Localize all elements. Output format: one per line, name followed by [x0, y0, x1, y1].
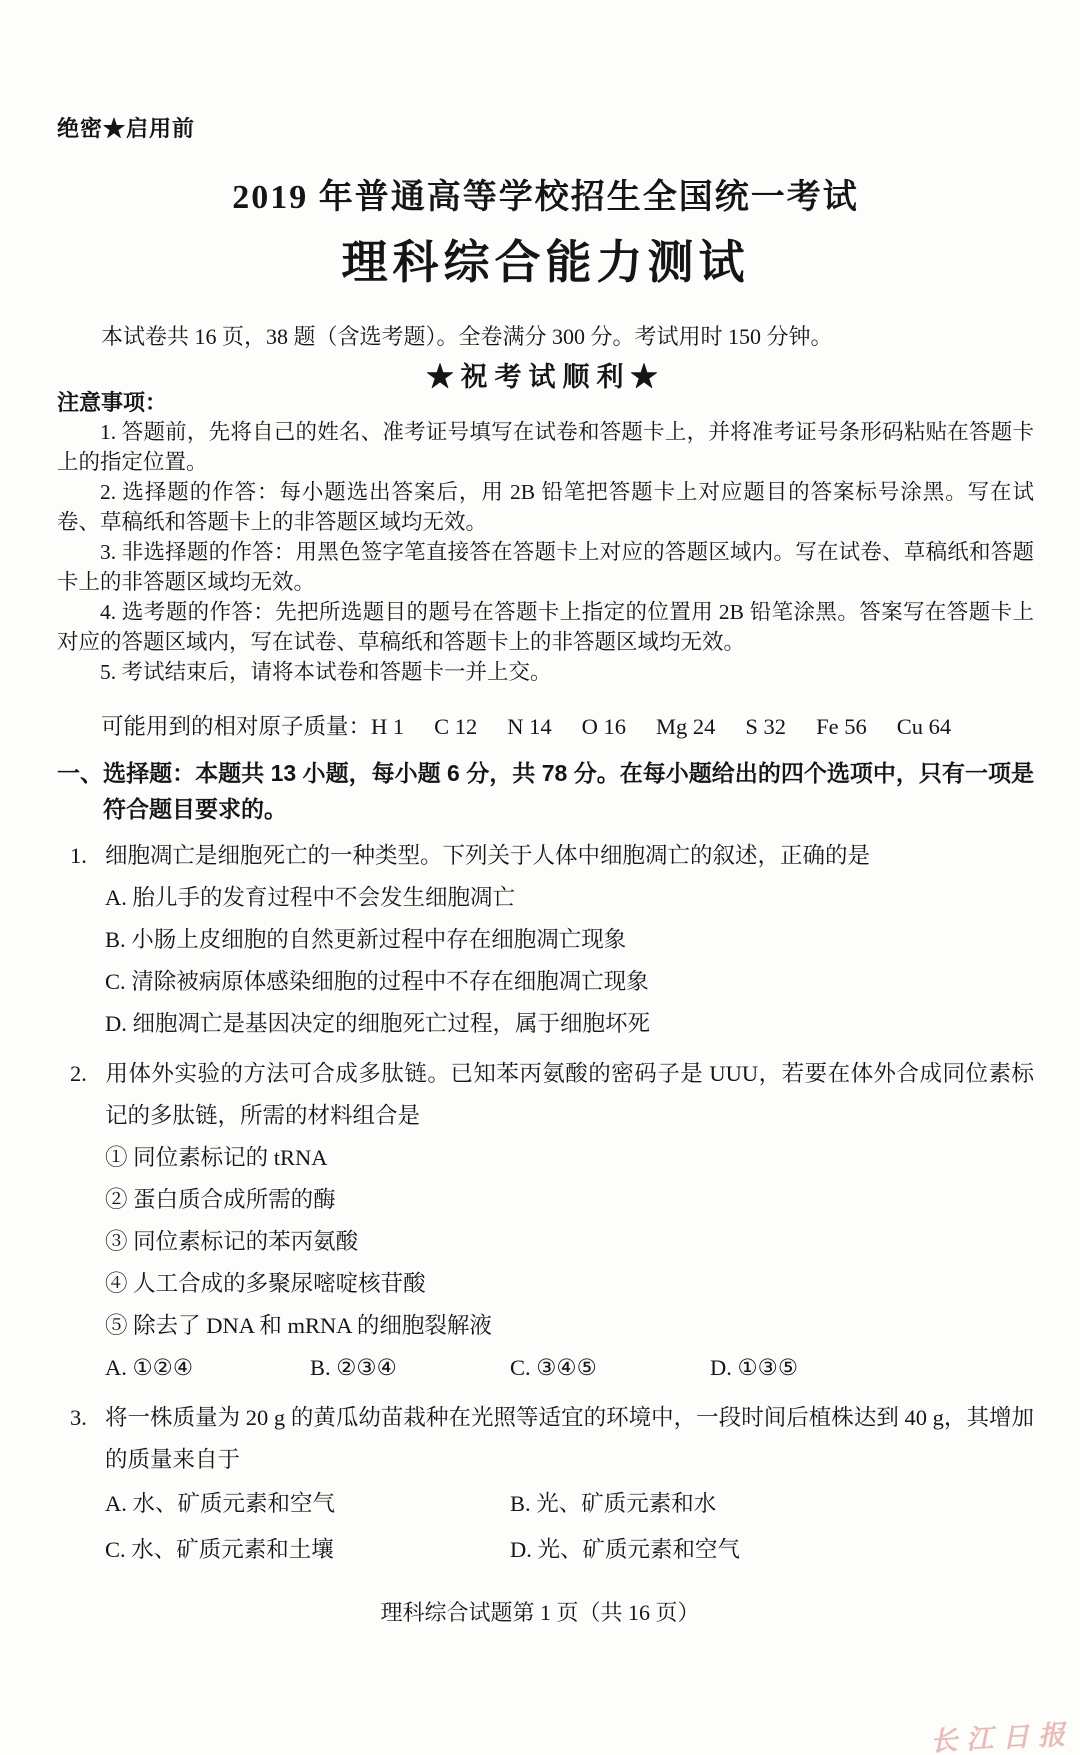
question-2-option-b: B. ②③④ — [310, 1347, 510, 1389]
notice-item-2: 2. 选择题的作答：每小题选出答案后，用 2B 铅笔把答题卡上对应题目的答案标号… — [57, 477, 1034, 537]
question-1-option-a: A. 胎儿手的发育过程中不会发生细胞凋亡 — [105, 877, 1034, 919]
question-2-material-2: ② 蛋白质合成所需的酶 — [105, 1179, 1034, 1221]
question-3-options: A. 水、矿质元素和空气 B. 光、矿质元素和水 C. 水、矿质元素和土壤 D.… — [105, 1481, 1034, 1573]
notice-item-5: 5. 考试结束后，请将本试卷和答题卡一并上交。 — [57, 657, 1034, 687]
question-2-materials: ① 同位素标记的 tRNA ② 蛋白质合成所需的酶 ③ 同位素标记的苯丙氨酸 ④… — [57, 1137, 1034, 1347]
atomic-mass-C: C 12 — [434, 714, 477, 739]
question-2-option-c: C. ③④⑤ — [510, 1347, 710, 1389]
atomic-mass-S: S 32 — [745, 714, 786, 739]
atomic-mass-N: N 14 — [507, 714, 551, 739]
question-2-stem: 2.用体外实验的方法可合成多肽链。已知苯丙氨酸的密码子是 UUU，若要在体外合成… — [57, 1053, 1034, 1137]
notice-item-1: 1. 答题前，先将自己的姓名、准考证号填写在试卷和答题卡上，并将准考证号条形码粘… — [57, 417, 1034, 477]
exam-paper-page: 绝密★启用前 2019 年普通高等学校招生全国统一考试 理科综合能力测试 本试卷… — [0, 0, 1080, 1755]
question-2-option-a: A. ①②④ — [105, 1347, 310, 1389]
atomic-mass-H: H 1 — [371, 714, 404, 739]
page-footer: 理科综合试题第 1 页（共 16 页） — [0, 1596, 1080, 1627]
atomic-mass-Fe: Fe 56 — [816, 714, 867, 739]
section-1-header: 一、选择题：本题共 13 小题，每小题 6 分，共 78 分。在每小题给出的四个… — [57, 755, 1034, 827]
question-2-option-d: D. ①③⑤ — [710, 1347, 798, 1389]
atomic-mass-label: 可能用到的相对原子质量： — [101, 714, 371, 739]
atomic-mass-O: O 16 — [582, 714, 626, 739]
page-content: 绝密★启用前 2019 年普通高等学校招生全国统一考试 理科综合能力测试 本试卷… — [0, 0, 1080, 1573]
question-3-option-a: A. 水、矿质元素和空气 — [105, 1481, 510, 1527]
question-3: 3.将一株质量为 20 g 的黄瓜幼苗栽种在光照等适宜的环境中，一段时间后植株达… — [57, 1397, 1034, 1573]
question-1-stem: 1.细胞凋亡是细胞死亡的一种类型。下列关于人体中细胞凋亡的叙述，正确的是 — [57, 835, 1034, 877]
question-2-number: 2. — [70, 1053, 105, 1095]
classification-label: 绝密★启用前 — [57, 112, 1034, 143]
question-3-option-b: B. 光、矿质元素和水 — [510, 1481, 1034, 1527]
atomic-mass-Mg: Mg 24 — [656, 714, 715, 739]
question-1-option-c: C. 清除被病原体感染细胞的过程中不存在细胞凋亡现象 — [105, 961, 1034, 1003]
question-2: 2.用体外实验的方法可合成多肽链。已知苯丙氨酸的密码子是 UUU，若要在体外合成… — [57, 1053, 1034, 1389]
question-3-stem: 3.将一株质量为 20 g 的黄瓜幼苗栽种在光照等适宜的环境中，一段时间后植株达… — [57, 1397, 1034, 1481]
question-2-options: A. ①②④ B. ②③④ C. ③④⑤ D. ①③⑤ — [105, 1347, 1034, 1389]
newspaper-watermark: 长江日报 — [929, 1712, 1075, 1755]
question-2-material-5: ⑤ 除去了 DNA 和 mRNA 的细胞裂解液 — [105, 1305, 1034, 1347]
question-1-option-d: D. 细胞凋亡是基因决定的细胞死亡过程，属于细胞坏死 — [105, 1003, 1034, 1045]
section-number: 一、 — [57, 760, 103, 786]
notice-item-4: 4. 选考题的作答：先把所选题目的题号在答题卡上指定的位置用 2B 铅笔涂黑。答… — [57, 597, 1034, 657]
question-3-option-c: C. 水、矿质元素和土壤 — [105, 1527, 510, 1573]
question-2-material-1: ① 同位素标记的 tRNA — [105, 1137, 1034, 1179]
question-1: 1.细胞凋亡是细胞死亡的一种类型。下列关于人体中细胞凋亡的叙述，正确的是 A. … — [57, 835, 1034, 1045]
question-3-number: 3. — [70, 1397, 105, 1439]
paper-info: 本试卷共 16 页，38 题（含选考题）。全卷满分 300 分。考试用时 150… — [57, 320, 1034, 351]
atomic-mass-Cu: Cu 64 — [897, 714, 951, 739]
question-1-number: 1. — [70, 835, 105, 877]
question-1-option-b: B. 小肠上皮细胞的自然更新过程中存在细胞凋亡现象 — [105, 919, 1034, 961]
question-1-options: A. 胎儿手的发育过程中不会发生细胞凋亡 B. 小肠上皮细胞的自然更新过程中存在… — [57, 877, 1034, 1045]
question-3-text: 将一株质量为 20 g 的黄瓜幼苗栽种在光照等适宜的环境中，一段时间后植株达到 … — [105, 1405, 1034, 1472]
notice-list: 1. 答题前，先将自己的姓名、准考证号填写在试卷和答题卡上，并将准考证号条形码粘… — [57, 417, 1034, 687]
question-2-material-4: ④ 人工合成的多聚尿嘧啶核苷酸 — [105, 1263, 1034, 1305]
question-3-option-d: D. 光、矿质元素和空气 — [510, 1527, 1034, 1573]
question-2-text: 用体外实验的方法可合成多肽链。已知苯丙氨酸的密码子是 UUU，若要在体外合成同位… — [105, 1061, 1034, 1128]
question-2-material-3: ③ 同位素标记的苯丙氨酸 — [105, 1221, 1034, 1263]
question-1-text: 细胞凋亡是细胞死亡的一种类型。下列关于人体中细胞凋亡的叙述，正确的是 — [105, 843, 870, 868]
exam-title: 2019 年普通高等学校招生全国统一考试 — [57, 169, 1034, 218]
subject-title: 理科综合能力测试 — [57, 226, 1034, 292]
section-title: 选择题：本题共 13 小题，每小题 6 分，共 78 分。在每小题给出的四个选项… — [103, 760, 1034, 822]
notice-item-3: 3. 非选择题的作答：用黑色签字笔直接答在答题卡上对应的答题区域内。写在试卷、草… — [57, 537, 1034, 597]
atomic-mass-line: 可能用到的相对原子质量：H 1C 12N 14O 16Mg 24S 32Fe 5… — [57, 709, 1034, 741]
